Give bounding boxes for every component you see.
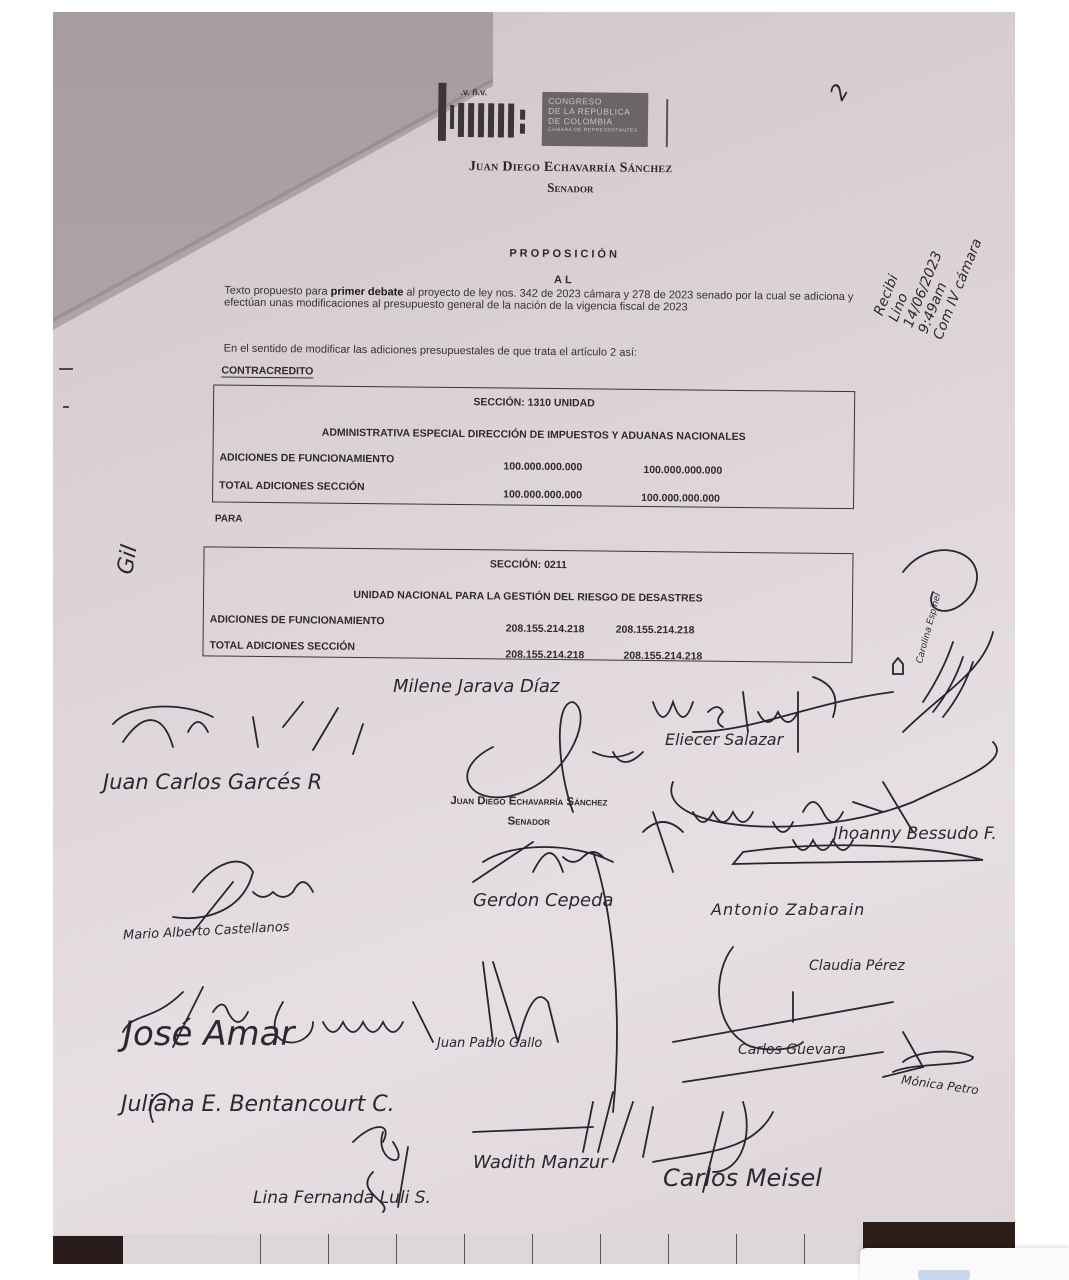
intro-paragraph: Texto propuesto para primer debate al pr… <box>224 285 864 316</box>
row-label: ADICIONES DE FUNCIONAMIENTO <box>210 613 385 627</box>
section-entity: ADMINISTRATIVA ESPECIAL DIRECCIÓN DE IMP… <box>214 425 854 444</box>
document-subheading: AL <box>464 273 664 287</box>
row-value: 208.155.214.218 <box>505 649 584 662</box>
handwritten-name: Wadith Manzur <box>473 1152 608 1173</box>
contracredito-table: SECCIÓN: 1310 UNIDAD ADMINISTRATIVA ESPE… <box>212 384 855 509</box>
handwritten-name: Juan Pablo Gallo <box>437 1036 542 1051</box>
handwritten-name: Gerdon Cepeda <box>473 890 614 911</box>
intro-bold: primer debate <box>331 286 404 299</box>
row-label: ADICIONES DE FUNCIONAMIENTO <box>219 452 394 466</box>
letterhead-senator-title: Senador <box>405 178 735 197</box>
handwritten-name: Juan Carlos Garcés R <box>103 770 322 794</box>
row-label: TOTAL ADICIONES SECCIÓN <box>219 480 365 494</box>
row-value: 100.000.000.000 <box>503 460 582 473</box>
modification-sentence: En el sentido de modificar las adiciones… <box>224 343 864 362</box>
document-heading: PROPOSICIÓN <box>465 247 665 261</box>
table-fragment-cell <box>465 1234 533 1264</box>
table-fragment-cell <box>397 1234 465 1264</box>
table-row: TOTAL ADICIONES SECCIÓN 208.155.214.218 … <box>209 639 845 660</box>
popup-button[interactable] <box>918 1270 970 1280</box>
table-row: TOTAL ADICIONES SECCIÓN 100.000.000.000 … <box>219 480 847 501</box>
section-title: SECCIÓN: 1310 UNIDAD <box>214 393 854 412</box>
margin-note: Gil <box>113 543 143 576</box>
table-fragment-cell <box>737 1234 805 1264</box>
svg-text:.v. ñ.v.: .v. ñ.v. <box>460 87 487 97</box>
handwritten-name: Antonio Zabarain <box>711 900 865 919</box>
section-title: SECCIÓN: 0211 <box>204 555 852 574</box>
background-object <box>53 1236 123 1264</box>
table-row: ADICIONES DE FUNCIONAMIENTO 100.000.000.… <box>219 452 847 473</box>
para-label: PARA <box>215 513 243 524</box>
credito-table: SECCIÓN: 0211 UNIDAD NACIONAL PARA LA GE… <box>202 546 853 663</box>
table-fragment-cell <box>601 1234 669 1264</box>
handwritten-name: Juliana E. Bentancourt C. <box>121 1092 395 1117</box>
signature-block-title: Senador <box>389 814 669 829</box>
intro-text: Texto propuesto para <box>224 285 331 298</box>
table-row: ADICIONES DE FUNCIONAMIENTO 208.155.214.… <box>210 613 846 634</box>
table-fragment-cell <box>193 1234 261 1264</box>
contracredito-label: CONTRACREDITO <box>221 365 313 379</box>
row-label: TOTAL ADICIONES SECCIÓN <box>209 639 355 653</box>
handwritten-name: Lina Fernanda Luli S. <box>253 1188 431 1208</box>
congreso-logo-text: CONGRESO DE LA REPÚBLICA DE COLOMBIA CÁM… <box>542 92 649 147</box>
section-entity: UNIDAD NACIONAL PARA LA GESTIÓN DEL RIES… <box>204 587 852 606</box>
handwritten-name: Claudia Pérez <box>809 958 905 974</box>
logo-line: CÁMARA DE REPRESENTANTES <box>548 126 642 135</box>
row-value: 100.000.000.000 <box>503 488 582 501</box>
congreso-logo: .v. ñ.v. CONGRESO DE LA REPÚBLICA DE COL… <box>438 81 709 148</box>
table-fragment-cell <box>329 1234 397 1264</box>
row-value: 100.000.000.000 <box>641 492 720 505</box>
viewer-popup-edge[interactable] <box>860 1248 1069 1280</box>
row-value: 208.155.214.218 <box>623 650 702 663</box>
document-page: .v. ñ.v. CONGRESO DE LA REPÚBLICA DE COL… <box>53 12 1015 1264</box>
handwritten-name: Eliecer Salazar <box>665 730 783 749</box>
table-fragment-cell <box>261 1234 329 1264</box>
row-value: 100.000.000.000 <box>643 464 722 477</box>
document-photo: .v. ñ.v. CONGRESO DE LA REPÚBLICA DE COL… <box>53 12 1015 1264</box>
signature-block-name: Juan Diego Echavarría Sánchez <box>389 794 669 809</box>
table-fragment-cell <box>669 1234 737 1264</box>
row-value: 208.155.214.218 <box>506 623 585 636</box>
logo-divider <box>666 99 669 147</box>
handwritten-name: Jhoanny Bessudo F. <box>833 824 997 844</box>
next-page-table-fragment <box>193 1234 873 1264</box>
handwritten-name: Carlos Meisel <box>663 1164 822 1192</box>
table-fragment-cell <box>533 1234 601 1264</box>
capitol-columns-icon: .v. ñ.v. <box>438 81 539 146</box>
handwritten-name: José Amar <box>123 1014 294 1054</box>
row-value: 208.155.214.218 <box>616 624 695 637</box>
handwritten-name: Carlos Guevara <box>738 1042 846 1058</box>
letterhead-senator-name: Juan Diego Echavarría Sánchez <box>405 158 735 177</box>
handwritten-name: Milene Jarava Díaz <box>393 676 559 697</box>
